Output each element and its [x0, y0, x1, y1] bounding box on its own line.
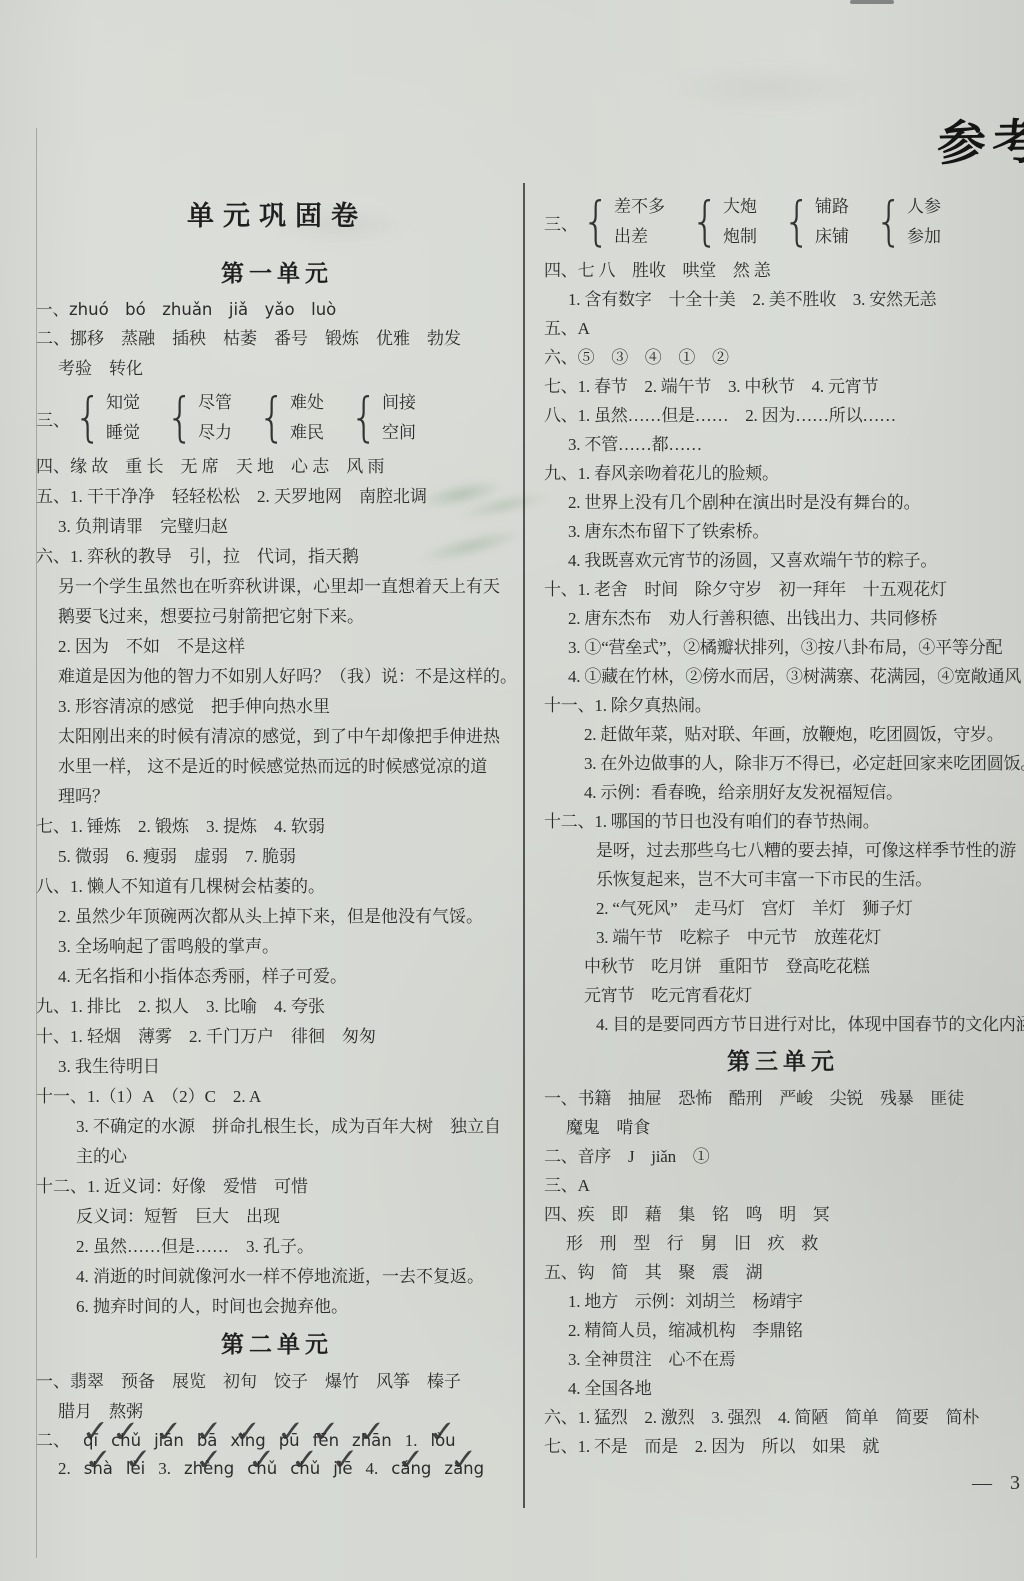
word-pair: 难处难民: [290, 388, 324, 448]
answer-line: 考验 转化: [36, 354, 518, 384]
pinyin-syllable: chǔ: [290, 1455, 320, 1483]
pinyin-syllable: xǐng: [230, 1427, 265, 1455]
answer-line: 难道是因为他的智力不如别人好吗？（我）说：不是这样的。: [36, 662, 518, 692]
answer-line: 2. “气死风” 走马灯 宫灯 羊灯 狮子灯: [544, 894, 1022, 923]
pinyin-syllable: shà: [84, 1455, 113, 1483]
answer-line: 3. 唐东杰布留下了铁索桥。: [544, 517, 1022, 546]
answer-line: 七、1. 锤炼 2. 锻炼 3. 提炼 4. 软弱: [36, 812, 518, 842]
answer-line: 3. ①“营垒式”，②橘瓣状排列，③按八卦布局，④平等分配: [544, 633, 1022, 662]
brace-icon: {: [350, 392, 378, 445]
answer-line: 腊月 熬粥: [36, 1397, 518, 1427]
answer-line: 2. 赶做年菜，贴对联、年画，放鞭炮，吃团圆饭，守岁。: [544, 720, 1022, 749]
pinyin-syllable: qī: [83, 1427, 98, 1455]
answer-line: 二、挪移 蒸融 插秧 枯萎 番号 锻炼 优雅 勃发: [36, 324, 518, 354]
question-label: 三、: [544, 210, 578, 235]
answer-line: 九、1. 春风亲吻着花儿的脸颊。: [544, 459, 1022, 488]
answer-line: 十一、1.（1）A （2）C 2. A: [36, 1082, 518, 1112]
answer-line: 六、1. 弈秋的教导 引，拉 代词，指天鹅: [36, 542, 518, 572]
answer-line: 魔鬼 啃食: [544, 1113, 1022, 1142]
pair-word: 大炮: [723, 192, 757, 222]
brace-word-pair: {铺路床铺: [783, 192, 849, 252]
answer-line: 一、书籍 抽屉 恐怖 酷刑 严峻 尖锐 残暴 匪徒: [544, 1084, 1022, 1113]
answer-line: 2. 虽然少年顶碗两次都从头上掉下来，但是他没有气馁。: [36, 902, 518, 932]
brace-word-pair: {大炮炮制: [691, 192, 757, 252]
answer-line: 另一个学生虽然也在听弈秋讲课，心里却一直想着天上有天: [36, 572, 518, 602]
word-pair: 间接空间: [382, 388, 416, 448]
answer-line: 反义词：短暂 巨大 出现: [36, 1202, 518, 1232]
answer-line: 十二、1. 近义词：好像 爱惜 可惜: [36, 1172, 518, 1202]
pinyin-answer-line: 二、qīchǔjiānbāxǐngpūfēnzhān1.lòu: [36, 1427, 518, 1455]
answer-line: 6. 抛弃时间的人，时间也会抛弃他。: [36, 1292, 518, 1322]
answer-line: 五、A: [544, 314, 1022, 343]
answer-line: 十一、1. 除夕真热闹。: [544, 691, 1022, 720]
pair-word: 尽管: [198, 388, 232, 418]
unit-heading: 第一单元: [36, 255, 518, 288]
pair-word: 参加: [907, 222, 941, 252]
answer-line: 六、⑤ ③ ④ ① ②: [544, 343, 1022, 372]
page-number-dash: —: [972, 1472, 992, 1495]
answer-line: 十、1. 老舍 时间 除夕守岁 初一拜年 十五观花灯: [544, 575, 1022, 604]
brace-icon: {: [258, 392, 286, 445]
word-pair: 知觉睡觉: [106, 388, 140, 448]
answer-line: 3. 全场响起了雷鸣般的掌声。: [36, 932, 518, 962]
answer-line: 4. 无名指和小指体态秀丽，样子可爱。: [36, 962, 518, 992]
answer-line: 乐恢复起来，岂不大可丰富一下市民的生活。: [544, 865, 1022, 894]
answer-line: 太阳刚出来的时候有清凉的感觉，到了中午却像把手伸进热: [36, 722, 518, 752]
answer-line: 元宵节 吃元宵看花灯: [544, 981, 1022, 1010]
answer-line: 一、zhuó bó zhuǎn jiǎ yǎo luò: [36, 296, 518, 324]
brace-icon: {: [691, 196, 719, 249]
pair-word: 床铺: [815, 222, 849, 252]
pair-word: 炮制: [723, 222, 757, 252]
pinyin-syllable: fēn: [313, 1427, 339, 1455]
answer-line: 理吗？: [36, 782, 518, 812]
answer-line: 主的心: [36, 1142, 518, 1172]
answer-line: 1. 地方 示例：刘胡兰 杨靖宇: [544, 1287, 1022, 1316]
word-pair: 大炮炮制: [723, 192, 757, 252]
pair-word: 出差: [614, 222, 665, 252]
answer-line: 七、1. 春节 2. 端午节 3. 中秋节 4. 元宵节: [544, 372, 1022, 401]
page-number-value: 3: [1010, 1472, 1020, 1495]
answer-line: 四、疾 即 藉 集 铭 鸣 明 冥: [544, 1200, 1022, 1229]
pinyin-syllable: lěi: [126, 1455, 145, 1483]
answer-line: 5. 微弱 6. 瘦弱 虚弱 7. 脆弱: [36, 842, 518, 872]
answer-line: 水里一样， 这不是近的时候感觉热而远的时候感觉凉的道: [36, 752, 518, 782]
pinyin-syllable: lòu: [430, 1427, 455, 1455]
answer-line: 2. 精简人员，缩减机构 李鼎铭: [544, 1316, 1022, 1345]
item-label: 3.: [158, 1455, 171, 1483]
scanned-answer-key-page: 参考 单元巩固卷第一单元一、zhuó bó zhuǎn jiǎ yǎo luò二…: [0, 0, 1024, 1581]
answer-line: 3. 我生待明日: [36, 1052, 518, 1082]
pair-word: 差不多: [614, 192, 665, 222]
pinyin-answer-line: 2.shàlěi3.zhèngchǔchǔjiē4.cángzàng: [36, 1455, 518, 1483]
word-pair: 尽管尽力: [198, 388, 232, 448]
item-label: 1.: [405, 1427, 418, 1455]
pinyin-syllable: bā: [197, 1427, 218, 1455]
answer-line: 2. 因为 不如 不是这样: [36, 632, 518, 662]
pinyin-syllable: cáng: [391, 1455, 431, 1483]
pinyin-syllable: jiē: [333, 1455, 352, 1483]
brace-icon: {: [783, 196, 811, 249]
answer-line: 九、1. 排比 2. 拟人 3. 比喻 4. 夸张: [36, 992, 518, 1022]
pinyin-syllable: zhèng: [184, 1455, 234, 1483]
answer-line: 十、1. 轻烟 薄雾 2. 千门万户 徘徊 匆匆: [36, 1022, 518, 1052]
answer-line: 4. ①藏在竹林，②傍水而居，③树满寨、花满园，④宽敞通风: [544, 662, 1022, 691]
brace-word-pair: {尽管尽力: [166, 388, 232, 448]
answer-line: 4. 我既喜欢元宵节的汤圆，又喜欢端午节的粽子。: [544, 546, 1022, 575]
answer-line: 中秋节 吃月饼 重阳节 登高吃花糕: [544, 952, 1022, 981]
pair-word: 铺路: [815, 192, 849, 222]
pair-word: 人参: [907, 192, 941, 222]
answer-line: 八、1. 虽然……但是…… 2. 因为……所以……: [544, 401, 1022, 430]
word-pair-brace-row: 三、{知觉睡觉{尽管尽力{难处难民{间接空间: [36, 384, 518, 452]
word-pair: 差不多出差: [614, 192, 665, 252]
booklet-title: 单元巩固卷: [36, 194, 518, 233]
pair-word: 间接: [382, 388, 416, 418]
item-label: 二、: [36, 1427, 70, 1455]
word-pair-brace-row: 三、{差不多出差{大炮炮制{铺路床铺{人参参加: [544, 188, 1022, 256]
brace-word-pair: {差不多出差: [582, 192, 665, 252]
answer-line: 2. 世界上没有几个剧种在演出时是没有舞台的。: [544, 488, 1022, 517]
item-label: 2.: [58, 1455, 71, 1483]
brace-word-pair: {人参参加: [875, 192, 941, 252]
page-number: — 3: [972, 1472, 1020, 1495]
bleedthrough-stain: [600, 40, 940, 160]
brace-icon: {: [875, 196, 903, 249]
answer-line: 五、钩 简 其 聚 震 湖: [544, 1258, 1022, 1287]
pair-word: 难民: [290, 418, 324, 448]
answer-line: 3. 在外边做事的人，除非万不得已，必定赶回家来吃团圆饭。: [544, 749, 1022, 778]
answer-line: 3. 端午节 吃粽子 中元节 放莲花灯: [544, 923, 1022, 952]
pinyin-syllable: zhān: [352, 1427, 392, 1455]
pinyin-syllable: chǔ: [111, 1427, 141, 1455]
answer-line: 3. 不确定的水源 拼命扎根生长，成为百年大树 独立自: [36, 1112, 518, 1142]
brace-icon: {: [74, 392, 102, 445]
answer-line: 十二、1. 哪国的节日也没有咱们的春节热闹。: [544, 807, 1022, 836]
brace-icon: {: [582, 196, 610, 249]
answer-line: 2. 虽然……但是…… 3. 孔子。: [36, 1232, 518, 1262]
answer-line: 一、翡翠 预备 展览 初旬 饺子 爆竹 风筝 榛子: [36, 1367, 518, 1397]
answer-line: 1. 含有数字 十全十美 2. 美不胜收 3. 安然无恙: [544, 285, 1022, 314]
question-label: 三、: [36, 406, 70, 431]
pair-word: 尽力: [198, 418, 232, 448]
pair-word: 难处: [290, 388, 324, 418]
pair-word: 知觉: [106, 388, 140, 418]
answer-line: 4. 消逝的时间就像河水一样不停地流逝，一去不复返。: [36, 1262, 518, 1292]
unit-heading: 第三单元: [544, 1043, 1022, 1076]
answer-line: 是呀，过去那些乌七八糟的要去掉，可像这样季节性的游: [544, 836, 1022, 865]
reference-answers-calligraphy-header: 参考: [935, 103, 1024, 174]
pinyin-syllable: jiān: [154, 1427, 184, 1455]
answer-line: 三、A: [544, 1171, 1022, 1200]
pair-word: 空间: [382, 418, 416, 448]
pinyin-syllable: chǔ: [247, 1455, 277, 1483]
brace-word-pair: {间接空间: [350, 388, 416, 448]
answer-line: 4. 目的是要同西方节日进行对比，体现中国春节的文化内涵。: [544, 1010, 1022, 1039]
answer-line: 4. 全国各地: [544, 1374, 1022, 1403]
pinyin-syllable: zàng: [444, 1455, 484, 1483]
word-pair: 铺路床铺: [815, 192, 849, 252]
brace-word-pair: {知觉睡觉: [74, 388, 140, 448]
brace-icon: {: [166, 392, 194, 445]
answer-line: 3. 不管……都……: [544, 430, 1022, 459]
answer-line: 鹅要飞过来，想要拉弓射箭把它射下来。: [36, 602, 518, 632]
answer-line: 八、1. 懒人不知道有几棵树会枯萎的。: [36, 872, 518, 902]
answer-line: 四、七 八 胜收 哄堂 然 恙: [544, 256, 1022, 285]
unit-heading: 第二单元: [36, 1326, 518, 1359]
answer-line: 四、缘 故 重 长 无 席 天 地 心 志 风 雨: [36, 452, 518, 482]
brace-word-pair: {难处难民: [258, 388, 324, 448]
answer-line: 2. 唐东杰布 劝人行善积德、出钱出力、共同修桥: [544, 604, 1022, 633]
answer-line: 形 刑 型 行 舅 旧 疚 救: [544, 1229, 1022, 1258]
item-label: 4.: [366, 1455, 379, 1483]
word-pair: 人参参加: [907, 192, 941, 252]
answer-line: 五、1. 干干净净 轻轻松松 2. 天罗地网 南腔北调: [36, 482, 518, 512]
answer-line: 3. 形容清凉的感觉 把手伸向热水里: [36, 692, 518, 722]
answer-line: 七、1. 不是 而是 2. 因为 所以 如果 就: [544, 1432, 1022, 1461]
pair-word: 睡觉: [106, 418, 140, 448]
answer-line: 二、音序 J jiǎn ①: [544, 1142, 1022, 1171]
answer-line: 六、1. 猛烈 2. 激烈 3. 强烈 4. 简陋 简单 简要 简朴: [544, 1403, 1022, 1432]
answer-line: 3. 负荆请罪 完璧归赵: [36, 512, 518, 542]
pinyin-syllable: pū: [279, 1427, 300, 1455]
right-answer-column: 三、{差不多出差{大炮炮制{铺路床铺{人参参加四、七 八 胜收 哄堂 然 恙1.…: [544, 188, 1022, 1461]
column-divider-line: [523, 183, 525, 1508]
answer-line: 4. 示例：看春晚，给亲朋好友发祝福短信。: [544, 778, 1022, 807]
left-answer-column: 单元巩固卷第一单元一、zhuó bó zhuǎn jiǎ yǎo luò二、挪移…: [36, 192, 518, 1483]
scan-edge-mark: [850, 0, 894, 4]
answer-line: 3. 全神贯注 心不在焉: [544, 1345, 1022, 1374]
